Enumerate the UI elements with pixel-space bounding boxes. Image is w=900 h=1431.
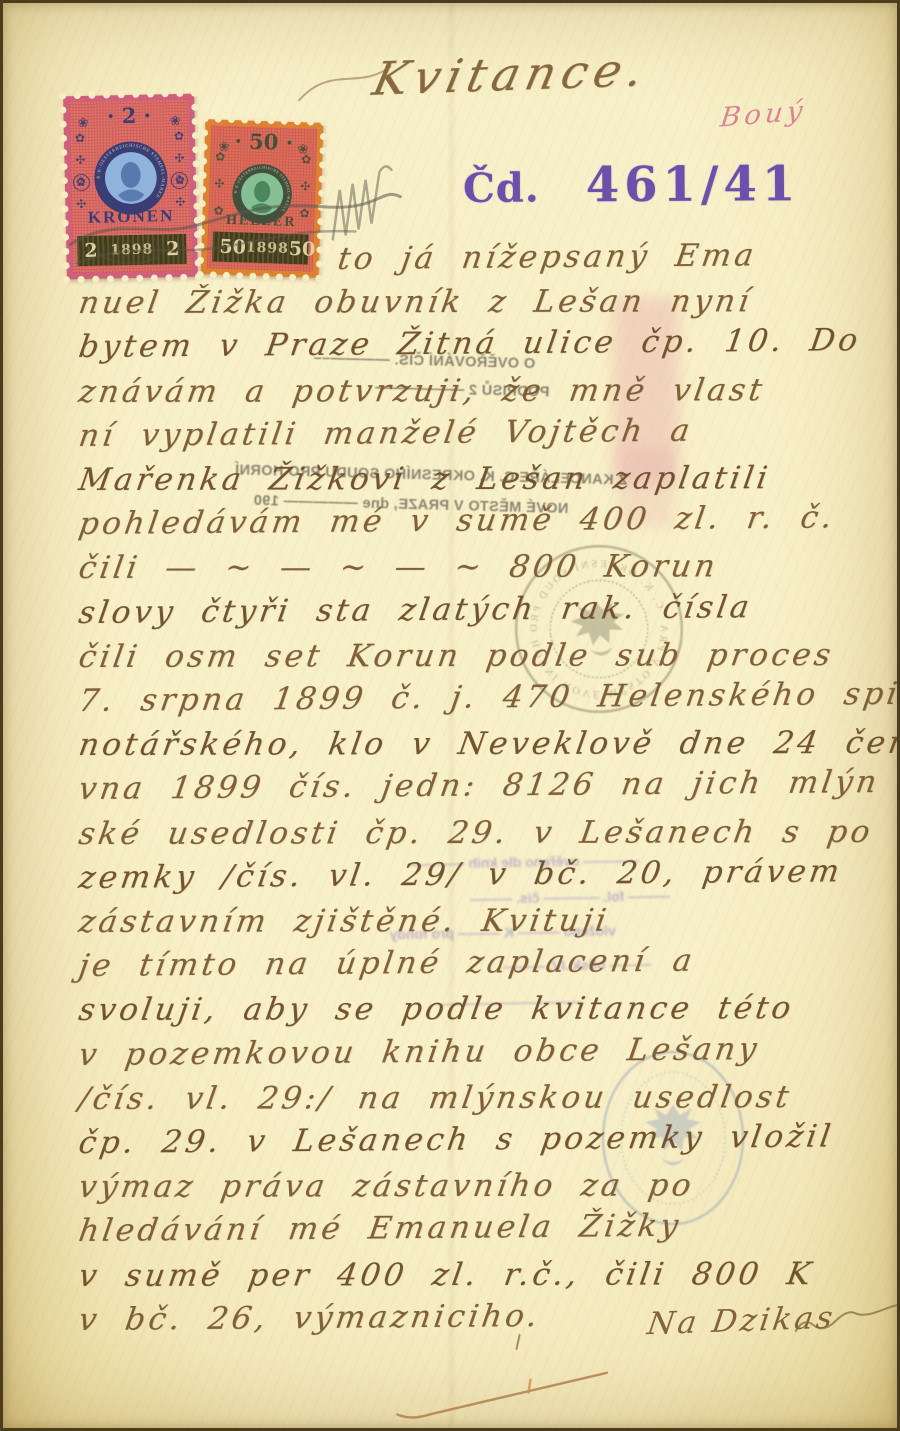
handwriting-line: v sumě per 400 zl. r.č., čili 800 K bbox=[76, 1256, 816, 1294]
handwriting-line: zástavním zjištěné. Kvituji bbox=[76, 903, 612, 940]
handwriting-line: pohledávám mé v sumě 400 zl. r. č. bbox=[76, 500, 837, 543]
handwriting-line: Mařenka Žižkovi z Lešan zaplatili bbox=[76, 460, 773, 498]
handwriting-line: /čís. vl. 29:/ na mlýnskou usedlost bbox=[76, 1079, 794, 1117]
handwriting-line: hledávání mé Emanuela Žižky bbox=[76, 1208, 684, 1249]
handwriting-line: slovy čtyři sta zlatých rak. čísla bbox=[76, 589, 755, 631]
handwriting-line: vna 1899 čís. jedn: 8126 na jich mlýn bbox=[76, 764, 882, 807]
handwriting-line: zemky /čís. vl. 29/ v bč. 20, právem bbox=[76, 853, 845, 896]
handwriting-line: ské usedlosti čp. 29. v Lešanech s po bbox=[76, 814, 876, 852]
handwriting-line: notářského, klo v Neveklově dne 24 čer bbox=[76, 725, 900, 763]
handwriting-line: čili osm set Korun podle sub proces bbox=[76, 637, 836, 675]
handwriting-body: to já nížepsaný Emanuel Žižka obuvník z … bbox=[71, 3, 883, 1431]
document-page: ———— ověřeno dle knih ——————— fol. ———— … bbox=[0, 0, 900, 1431]
handwriting-line: je tímto na úplné zaplacení a bbox=[76, 943, 697, 984]
signature-line: Na Dzikas bbox=[645, 1300, 838, 1342]
handwriting-line: čili — ~ — ~ — ~ 800 Korun bbox=[76, 549, 721, 587]
handwriting-line: čp. 29. v Lešanech s pozemky vložil bbox=[76, 1118, 836, 1161]
handwriting-line: výmaz práva zástavního za po bbox=[76, 1168, 697, 1206]
handwriting-line: nuel Žižka obuvník z Lešan nyní bbox=[76, 283, 755, 321]
handwriting-line: v pozemkovou knihu obce Lešany bbox=[76, 1031, 762, 1073]
handwriting-line: 7. srpna 1899 č. j. 470 Helenského spisu bbox=[76, 675, 900, 719]
handwriting-line: ní vyplatili manželé Vojtěch a bbox=[76, 412, 695, 453]
handwriting-line: v bč. 26, výmazniciho. bbox=[76, 1298, 543, 1338]
handwriting-line: svoluji, aby se podle kvitance této bbox=[76, 991, 796, 1029]
handwriting-line: znávám a potvrzuji, že mně vlast bbox=[76, 372, 767, 410]
handwriting-line: to já nížepsaný Ema bbox=[335, 237, 759, 277]
handwriting-line: bytem v Praze Žitná ulice čp. 10. Do bbox=[76, 323, 863, 366]
